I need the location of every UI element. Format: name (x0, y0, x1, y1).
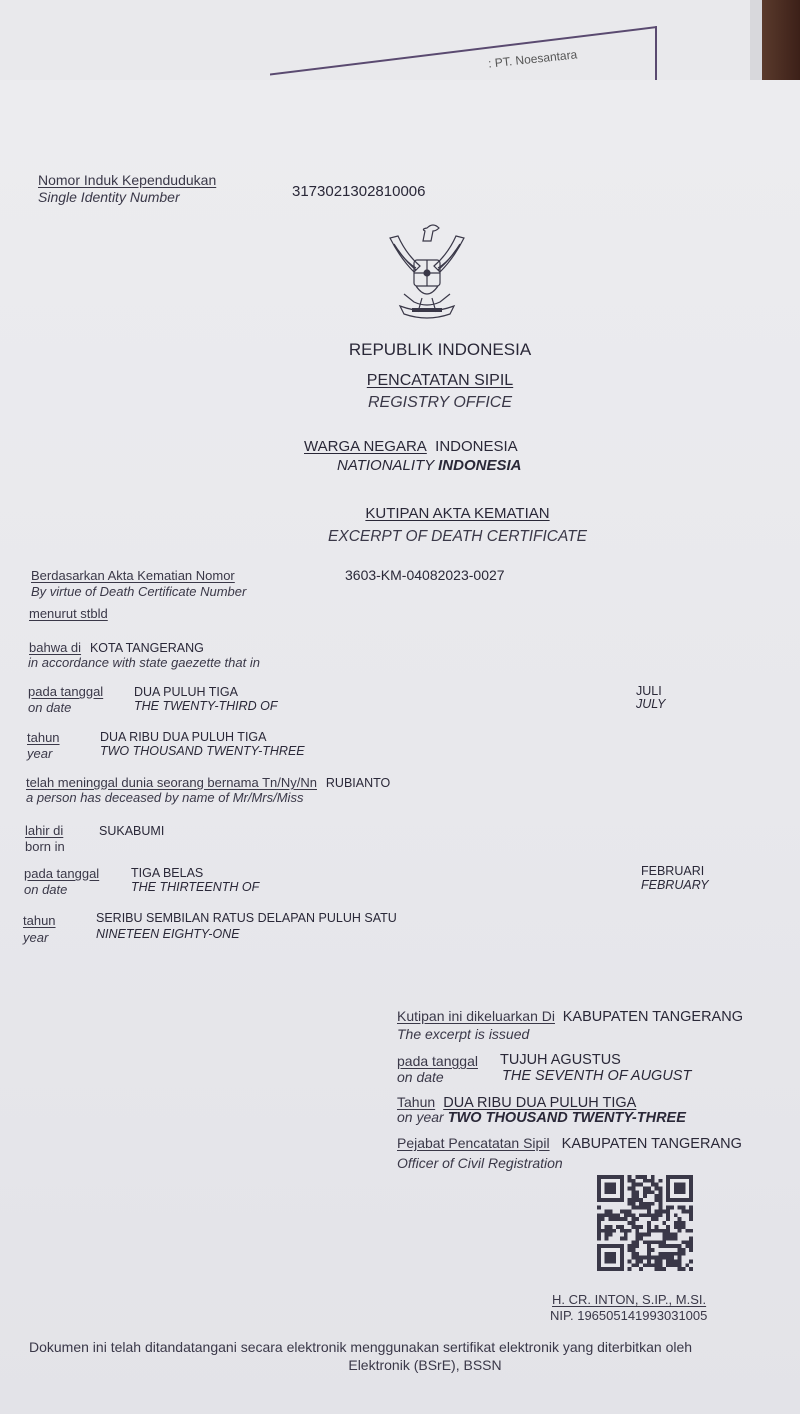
cert-number-label: Berdasarkan Akta Kematian Nomor (31, 568, 235, 583)
issue-date-value-en: THE SEVENTH OF AUGUST (502, 1068, 691, 1084)
nik-value: 3173021302810006 (292, 183, 425, 200)
birth-year-en: NINETEEN EIGHTY-ONE (96, 927, 240, 941)
birth-date-label-en: on date (24, 882, 67, 897)
birthplace-value: SUKABUMI (99, 824, 164, 838)
issue-year-value-en: TWO THOUSAND TWENTY-THREE (448, 1110, 686, 1126)
deceased-name-value: RUBIANTO (326, 776, 390, 790)
nationality-row-en: NATIONALITY INDONESIA (337, 457, 521, 474)
death-day-en: THE TWENTY-THIRD OF (134, 699, 278, 713)
nationality-label: WARGA NEGARA (304, 438, 427, 455)
death-day: DUA PULUH TIGA (134, 685, 238, 699)
death-date-label: pada tanggal (28, 684, 103, 699)
issued-label: Kutipan ini dikeluarkan Di (397, 1008, 555, 1024)
death-year: DUA RIBU DUA PULUH TIGA (100, 730, 266, 744)
death-month-en: JULY (636, 697, 665, 711)
death-year-label: tahun (27, 730, 60, 745)
country-title: REPUBLIK INDONESIA (300, 340, 580, 360)
footer-line-2: Elektronik (BSrE), BSSN (0, 1357, 800, 1373)
birth-year: SERIBU SEMBILAN RATUS DELAPAN PULUH SATU (96, 911, 397, 925)
office-title: PENCATATAN SIPIL (300, 372, 580, 390)
issued-label-en: The excerpt is issued (397, 1026, 529, 1042)
officer-value: KABUPATEN TANGERANG (562, 1136, 742, 1152)
issued-row: Kutipan ini dikeluarkan Di KABUPATEN TAN… (397, 1008, 743, 1025)
nationality-row: WARGA NEGARA INDONESIA (304, 438, 518, 455)
office-title-en: REGISTRY OFFICE (300, 394, 580, 412)
qr-code-icon[interactable] (597, 1175, 693, 1271)
footer-line-1: Dokumen ini telah ditandatangani secara … (29, 1339, 692, 1355)
birthplace-label-en: born in (25, 839, 65, 854)
birth-year-label-en: year (23, 930, 48, 945)
birth-day: TIGA BELAS (131, 866, 203, 880)
cert-number-value: 3603-KM-04082023-0027 (345, 567, 505, 583)
deceased-name-label-en: a person has deceased by name of Mr/Mrs/… (26, 790, 303, 805)
signatory-nip: NIP. 196505141993031005 (550, 1308, 707, 1323)
issue-year-label-en: on year (397, 1109, 444, 1125)
birth-date-label: pada tanggal (24, 866, 99, 881)
issue-year-row-en: on year TWO THOUSAND TWENTY-THREE (397, 1109, 686, 1126)
issue-date-value: TUJUH AGUSTUS (500, 1052, 621, 1068)
death-year-en: TWO THOUSAND TWENTY-THREE (100, 744, 305, 758)
deceased-name-label: telah meninggal dunia seorang bernama Tn… (26, 775, 317, 790)
death-month: JULI (636, 684, 662, 698)
birth-month: FEBRUARI (641, 864, 704, 878)
death-place-value: KOTA TANGERANG (90, 641, 204, 655)
issued-value: KABUPATEN TANGERANG (563, 1009, 743, 1025)
nik-label-en: Single Identity Number (38, 189, 180, 205)
birthplace-label: lahir di (25, 823, 63, 838)
issue-date-label: pada tanggal (397, 1053, 478, 1069)
stbld-label: menurut stbld (29, 606, 108, 621)
document-title-en: EXCERPT OF DEATH CERTIFICATE (300, 528, 615, 546)
officer-row: Pejabat Pencatatan Sipil KABUPATEN TANGE… (397, 1135, 742, 1152)
cert-number-label-en: By virtue of Death Certificate Number (31, 584, 246, 599)
garuda-emblem-icon (386, 220, 468, 330)
death-date-label-en: on date (28, 700, 71, 715)
nationality-label-en: NATIONALITY (337, 457, 434, 474)
signatory-name: H. CR. INTON, S.IP., M.SI. (552, 1292, 706, 1307)
nik-label: Nomor Induk Kependudukan (38, 172, 216, 188)
nationality-value: INDONESIA (435, 438, 518, 455)
officer-label: Pejabat Pencatatan Sipil (397, 1135, 550, 1151)
death-place-label-en: in accordance with state gaezette that i… (28, 655, 260, 670)
birth-day-en: THE THIRTEENTH OF (131, 880, 259, 894)
issue-year-label: Tahun (397, 1094, 435, 1110)
table-surface (762, 0, 800, 90)
nationality-value-en: INDONESIA (438, 457, 521, 474)
death-year-label-en: year (27, 746, 52, 761)
issue-date-label-en: on date (397, 1069, 444, 1085)
document-title: KUTIPAN AKTA KEMATIAN (300, 505, 615, 522)
birth-year-label: tahun (23, 913, 56, 928)
death-place-label: bahwa di (29, 640, 81, 655)
officer-label-en: Officer of Civil Registration (397, 1155, 563, 1171)
birth-month-en: FEBRUARY (641, 878, 709, 892)
